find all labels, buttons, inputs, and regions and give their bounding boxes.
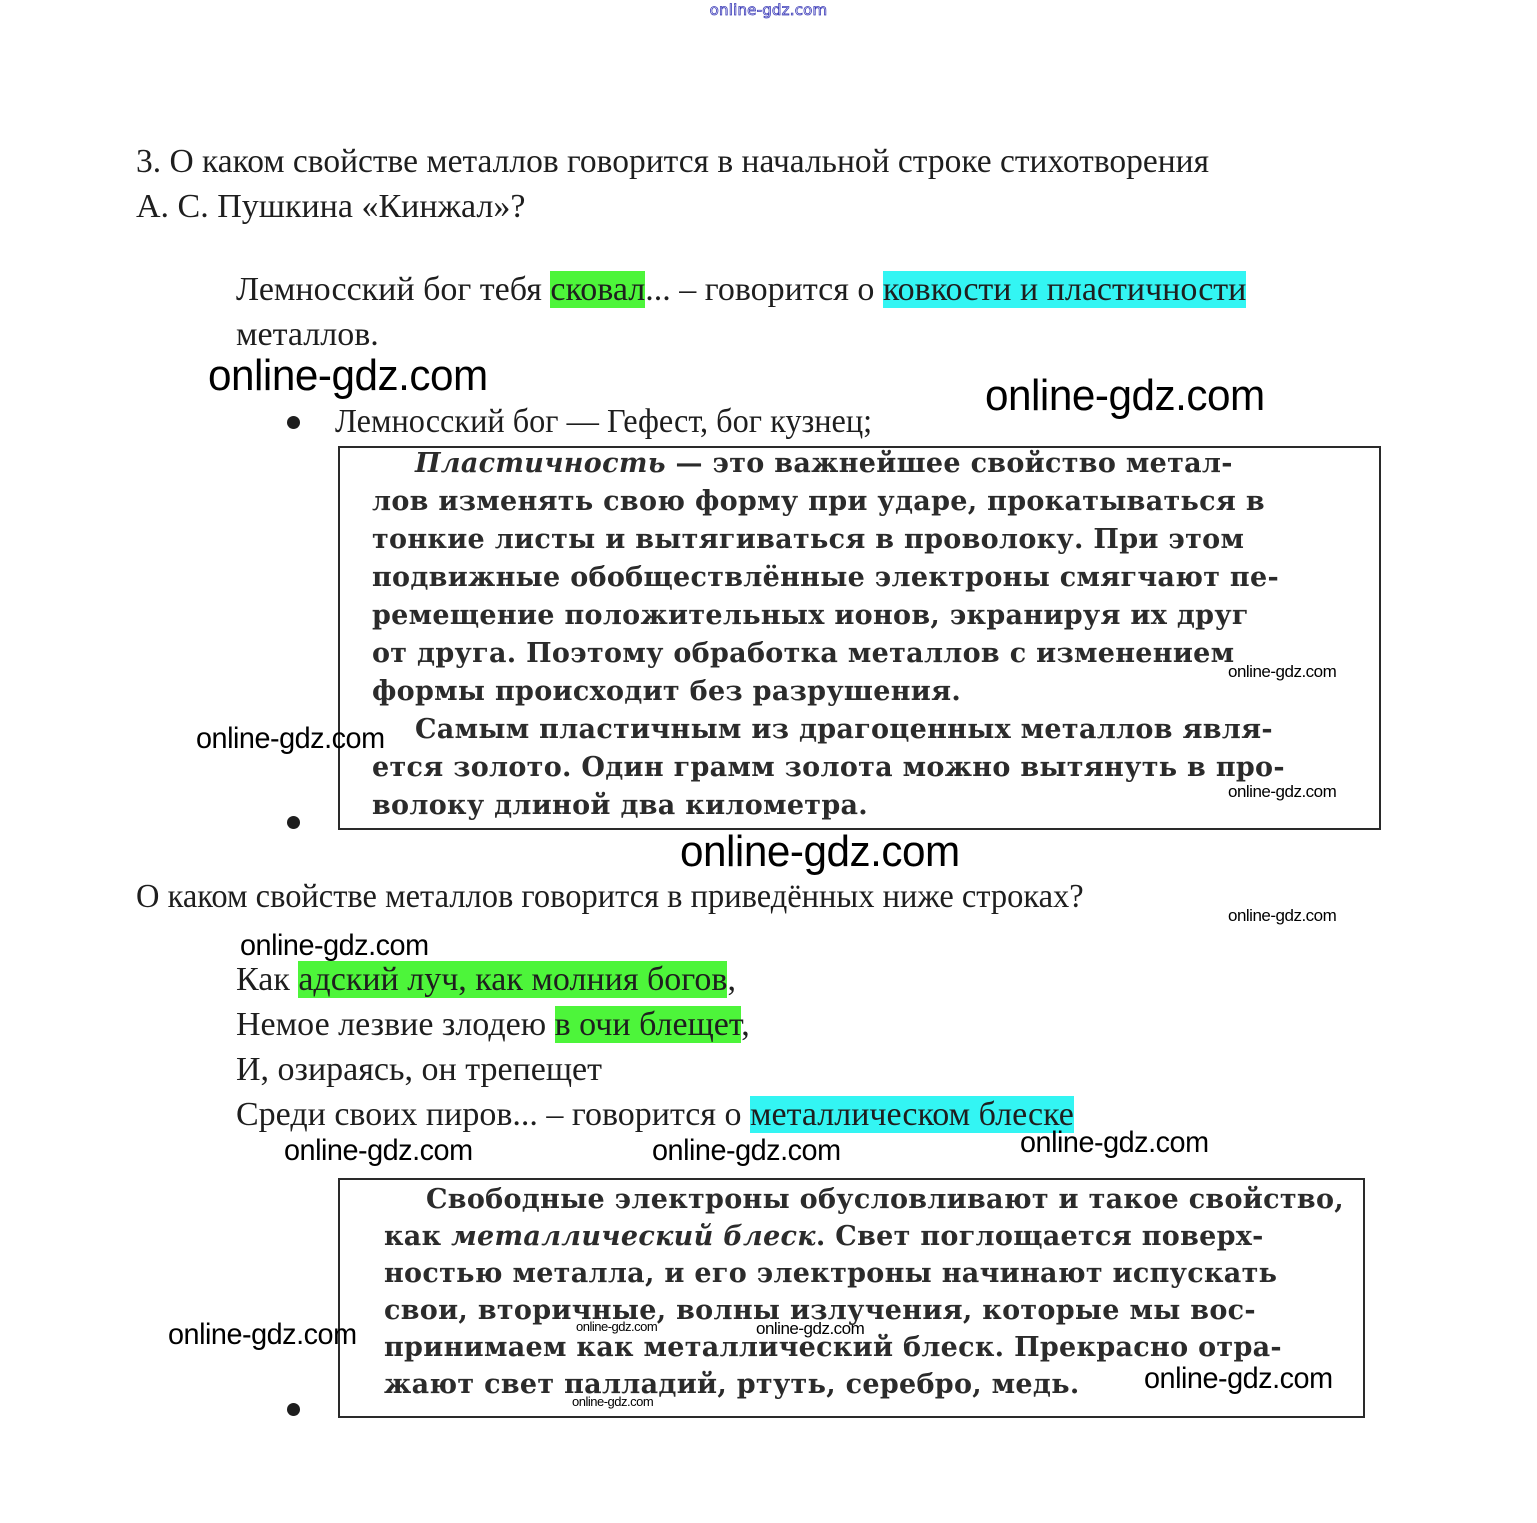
watermark: online-gdz.com [208, 352, 488, 400]
question-1-line-1: 3. О каком свойстве металлов говорится в… [136, 140, 1209, 184]
box-1-line: формы происходит без разрушения. [372, 673, 961, 711]
poem-line-3: И, озираясь, он трепещет [236, 1048, 602, 1092]
answer-1-pre: Лемносский бог тебя [236, 271, 550, 308]
box-1-line: ется золото. Один грамм золота можно выт… [372, 749, 1285, 787]
box-2-line: жают свет палладий, ртуть, серебро, медь… [384, 1366, 1080, 1404]
watermark: online-gdz.com [1228, 662, 1336, 682]
poem-line-4: Среди своих пиров... – говорится о метал… [236, 1093, 1074, 1137]
bullet-icon [287, 816, 300, 829]
box-1-line: от друга. Поэтому обработка металлов с и… [372, 635, 1234, 673]
box-2-line: ностью металла, и его электроны начинают… [384, 1255, 1277, 1293]
answer-1-mid: ... – говорится о [645, 271, 883, 308]
question-1-line-2: А. С. Пушкина «Кинжал»? [136, 185, 525, 229]
box-1-line: волоку длиной два километра. [372, 787, 868, 825]
watermark: online-gdz.com [576, 1319, 657, 1334]
top-watermark: online-gdz.com [0, 1, 1537, 19]
highlight-adskiy-luch: адский луч, как молния богов [298, 961, 727, 998]
poem-line-1: Как адский луч, как молния богов, [236, 958, 736, 1002]
watermark: online-gdz.com [985, 372, 1265, 420]
bullet-icon [287, 416, 300, 429]
box-1-line: Пластичность — это важнейшее свойство ме… [415, 445, 1233, 483]
watermark: online-gdz.com [196, 722, 385, 756]
watermark: online-gdz.com [1228, 906, 1336, 926]
textbook-excerpt-plasticity: Пластичность — это важнейшее свойство ме… [338, 446, 1381, 830]
watermark: online-gdz.com [680, 828, 960, 876]
watermark: online-gdz.com [1144, 1362, 1333, 1396]
answer-1-line-1: Лемносский бог тебя сковал... – говоритс… [236, 268, 1246, 312]
highlight-v-ochi-bleshchet: в очи блещет [555, 1006, 742, 1043]
box-1-line: Самым пластичным из драгоценных металлов… [415, 711, 1273, 749]
watermark: online-gdz.com [572, 1394, 653, 1409]
box-1-line: ремещение положительных ионов, экранируя… [372, 597, 1249, 635]
watermark: online-gdz.com [1228, 782, 1336, 802]
highlight-kovkost: ковкости и пластичности [883, 271, 1247, 308]
highlight-skoval: сковал [550, 271, 645, 308]
question-2: О каком свойстве металлов говорится в пр… [136, 875, 1084, 919]
bullet-1-text: Лемносский бог — Гефест, бог кузнец; [335, 400, 872, 444]
box-1-line: лов изменять свою форму при ударе, прока… [372, 483, 1265, 521]
watermark: online-gdz.com [168, 1318, 357, 1352]
bullet-icon [287, 1403, 300, 1416]
watermark: online-gdz.com [756, 1319, 864, 1339]
watermark: online-gdz.com [1020, 1126, 1209, 1160]
box-1-line: подвижные обобществлённые электроны смяг… [372, 559, 1279, 597]
watermark: online-gdz.com [652, 1134, 841, 1168]
watermark: online-gdz.com [284, 1134, 473, 1168]
box-2-line: как металлический блеск. Свет поглощаетс… [384, 1218, 1264, 1256]
box-1-line: тонкие листы и вытягиваться в проволоку.… [372, 521, 1244, 559]
poem-line-2: Немое лезвие злодею в очи блещет, [236, 1003, 750, 1047]
box-2-line: Свободные электроны обусловливают и тако… [426, 1181, 1344, 1219]
